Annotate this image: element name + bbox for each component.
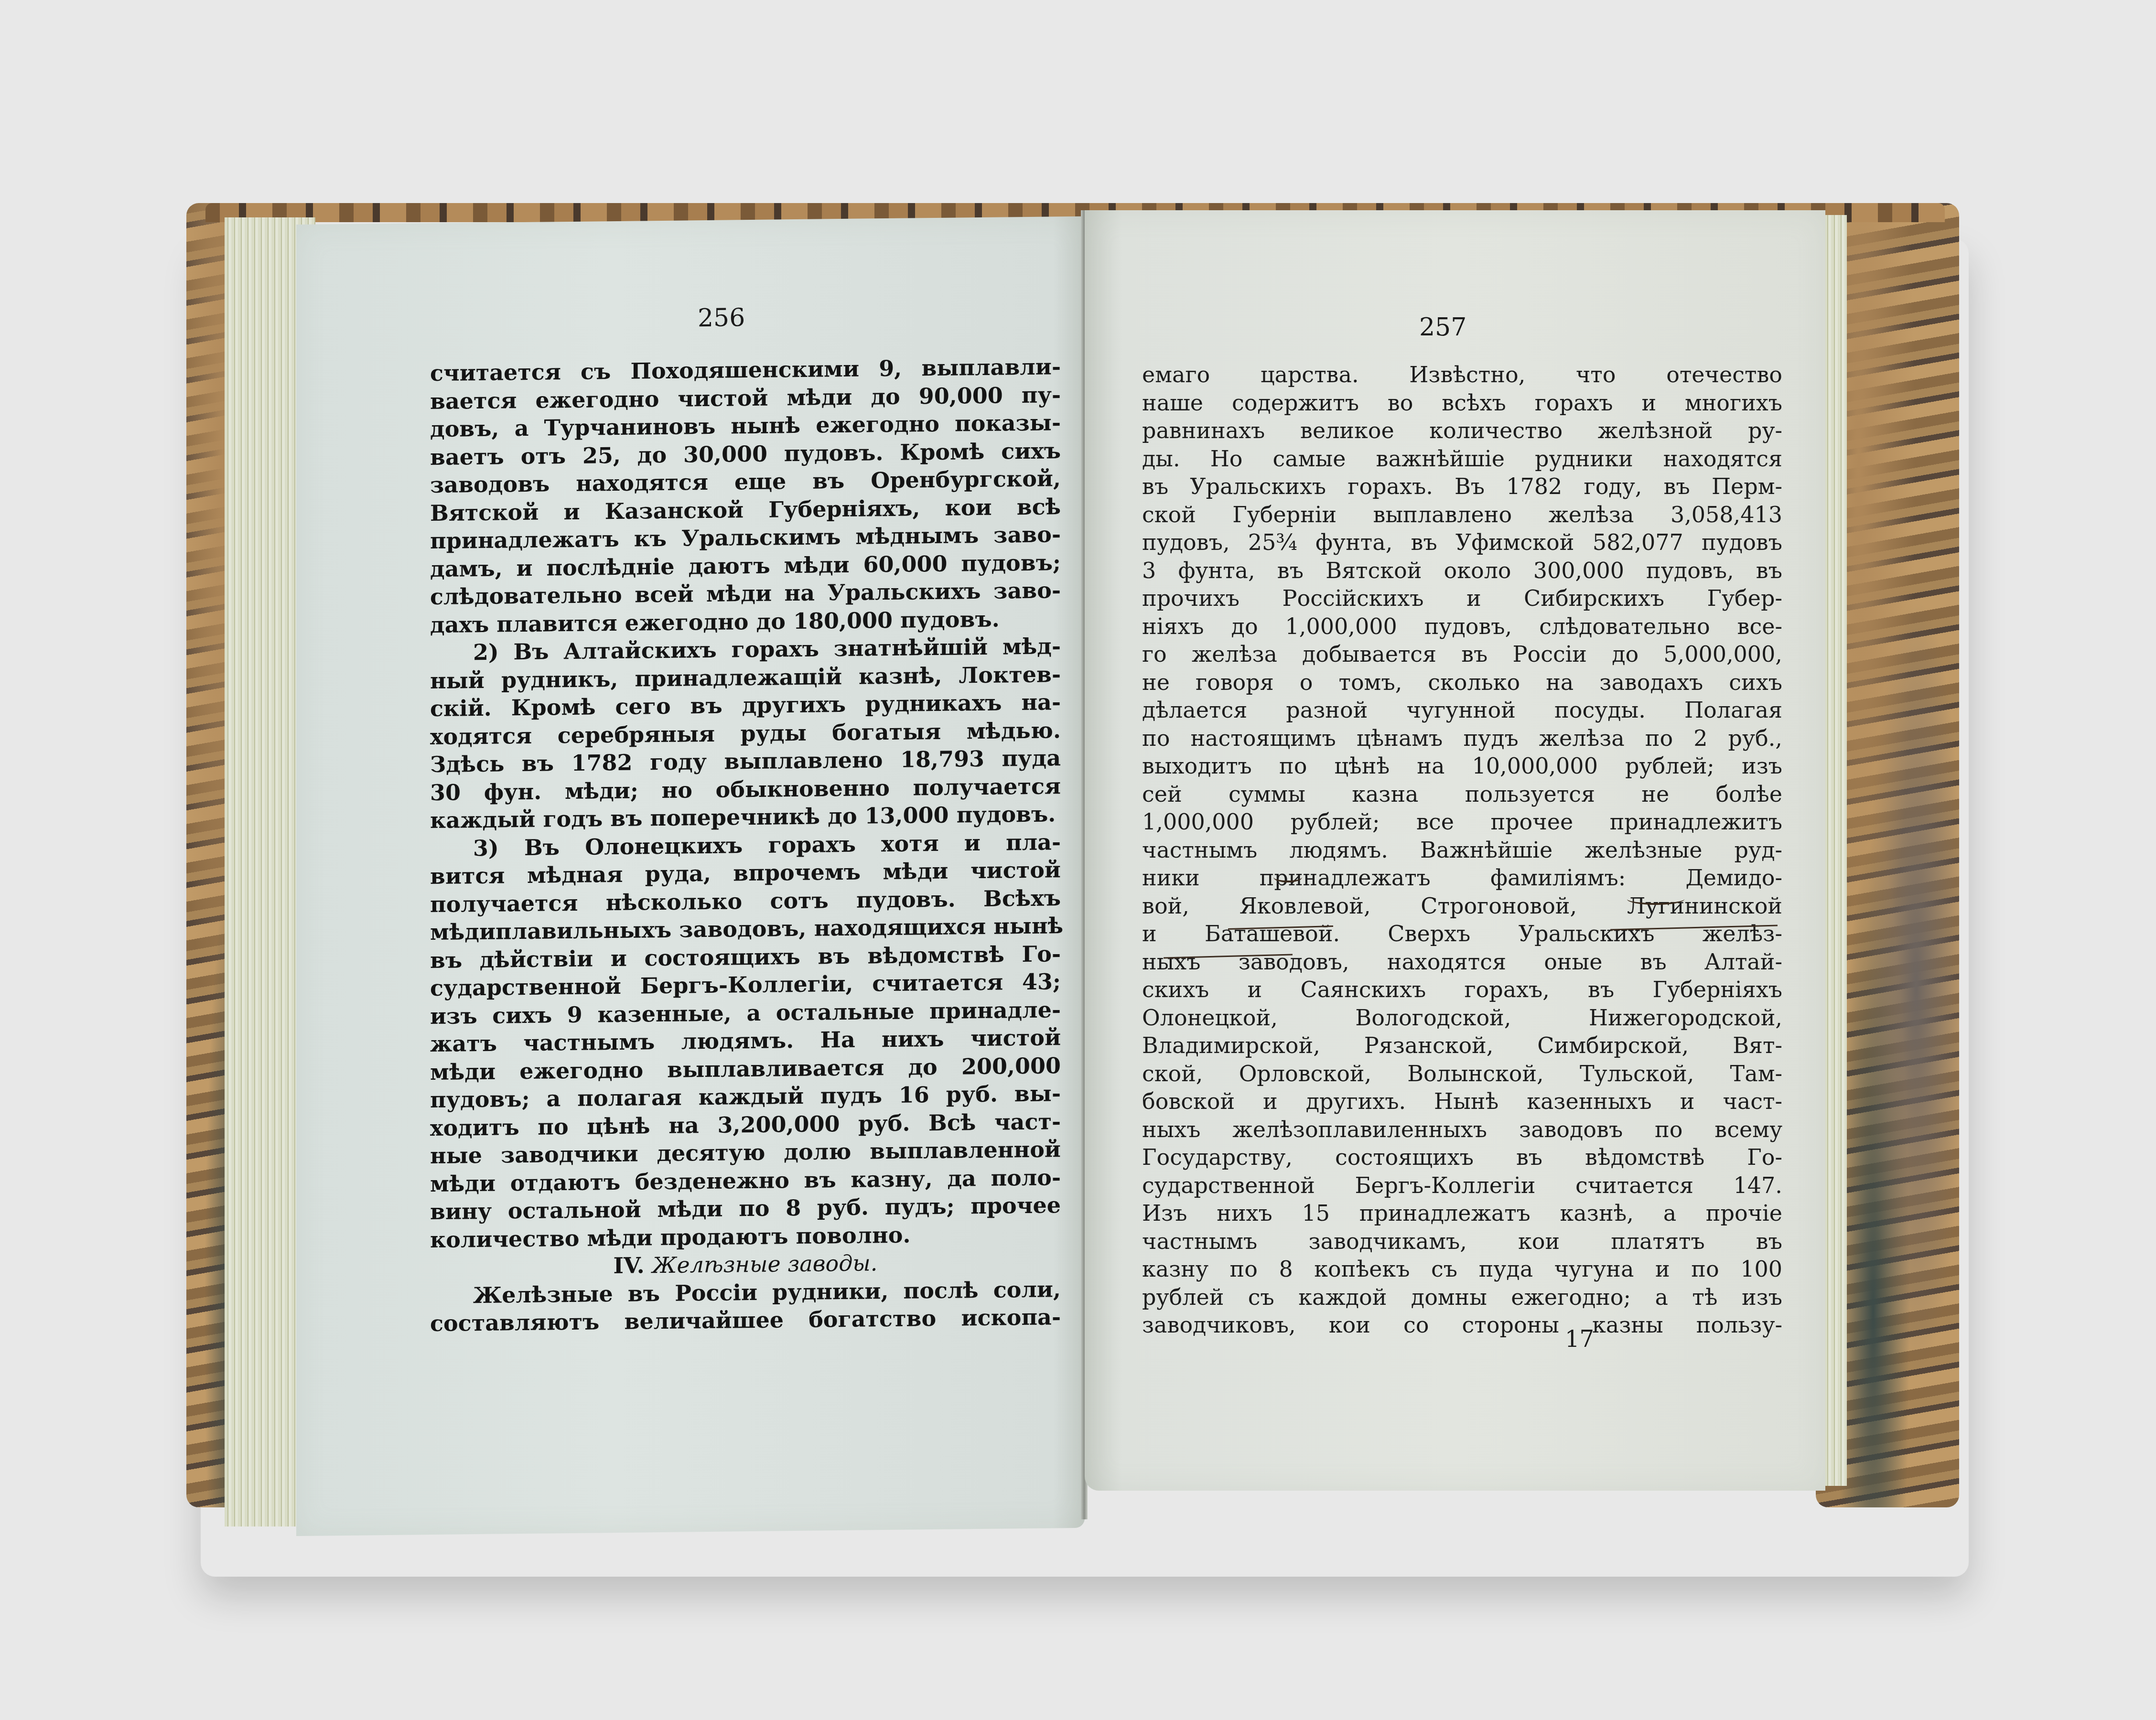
text-line: емаго царства. Извѣстно, что отечество <box>1142 361 1782 389</box>
text-line: составляютъ величайшее богатство ископа- <box>430 1303 1061 1337</box>
text-line: прочихъ Россійскихъ и Сибирскихъ Губер- <box>1142 584 1782 613</box>
text-line: и Баташевой. Сверхъ Уральскихъ желѣз- <box>1142 920 1782 948</box>
right-page: 257 емаго царства. Извѣстно, что отечест… <box>1085 210 1825 1491</box>
text-line: заводчиковъ, кои со стороны казны пользу… <box>1142 1311 1782 1339</box>
text-line: ныхъ заводовъ, находятся оные въ Алтай- <box>1142 948 1782 976</box>
text-line: выходитъ по цѣнѣ на 10,000,000 рублей; и… <box>1142 752 1782 780</box>
text-line: Изъ нихъ 15 принадлежатъ казнѣ, а прочіе <box>1142 1199 1782 1227</box>
text-line: частнымъ заводчикамъ, кои платятъ въ <box>1142 1227 1782 1256</box>
handwritten-underline <box>1273 872 1302 882</box>
text-line: вой, Яковлевой, Строгоновой, Лугининской <box>1142 892 1782 920</box>
text-line: Олонецкой, Вологодской, Нижегородской, <box>1142 1004 1782 1032</box>
text-line: 3 фунта, въ Вятской около 300,000 пудовъ… <box>1142 557 1782 585</box>
text-line: сей суммы казна пользуется не болѣе <box>1142 780 1782 808</box>
text-line: казну по 8 копѣекъ съ пуда чугуна и по 1… <box>1142 1255 1782 1283</box>
right-page-text: емаго царства. Извѣстно, что отечество н… <box>1142 361 1782 1339</box>
text-line: ской Губерніи выплавлено желѣза 3,058,41… <box>1142 501 1782 529</box>
text-line: въ Уральскихъ горахъ. Въ 1782 году, въ П… <box>1142 473 1782 501</box>
signature-mark: 17 <box>1565 1326 1594 1353</box>
text-line: частнымъ людямъ. Важнѣйшіе желѣзные руд- <box>1142 836 1782 864</box>
text-line: Государству, состоящихъ въ вѣдомствѣ Го- <box>1142 1143 1782 1172</box>
text-line: ныхъ желѣзоплавиленныхъ заводовъ по всем… <box>1142 1116 1782 1144</box>
section-numeral: IV. <box>614 1252 645 1279</box>
text-line: ніяхъ до 1,000,000 пудовъ, слѣдовательно… <box>1142 613 1782 641</box>
text-line: скихъ и Саянскихъ горахъ, въ Губерніяхъ <box>1142 976 1782 1004</box>
text-line: дѣлается разной чугунной посуды. Полагая <box>1142 696 1782 724</box>
text-line: ды. Но самые важнѣйшіе рудники находятся <box>1142 445 1782 473</box>
left-page: 256 считается съ Походяшенскими 9, выпла… <box>296 216 1085 1536</box>
left-page-text: считается съ Походяшенскими 9, выплавли-… <box>430 353 1061 1337</box>
text-line: 1,000,000 рублей; все прочее принадлежит… <box>1142 808 1782 836</box>
text-line: ской, Орловской, Волынской, Тульской, Та… <box>1142 1060 1782 1088</box>
text-line: равнинахъ великое количество желѣзной ру… <box>1142 417 1782 445</box>
text-line: сударственной Бергъ-Коллегіи считается 1… <box>1142 1172 1782 1200</box>
text-line: го желѣза добывается въ Россіи до 5,000,… <box>1142 640 1782 668</box>
text-line: пудовъ, 25¾ фунта, въ Уфимской 582,077 п… <box>1142 528 1782 557</box>
handwritten-underline <box>1627 893 1684 905</box>
text-line: наше содержитъ во всѣхъ горахъ и многихъ <box>1142 389 1782 417</box>
text-line: не говоря о томъ, сколько на заводахъ си… <box>1142 668 1782 697</box>
text-line: Владимирской, Рязанской, Симбирской, Вят… <box>1142 1032 1782 1060</box>
page-number-left: 256 <box>698 303 745 333</box>
text-line: рублей съ каждой домны ежегодно; а тѣ из… <box>1142 1283 1782 1311</box>
section-title: Желѣзные заводы. <box>652 1250 878 1278</box>
text-line: бовской и другихъ. Нынѣ казенныхъ и част… <box>1142 1087 1782 1116</box>
text-line: ники принадлежатъ фамиліямъ: Демидо- <box>1142 864 1782 892</box>
text-line: по настоящимъ цѣнамъ пудъ желѣза по 2 ру… <box>1142 724 1782 752</box>
page-number-right: 257 <box>1419 313 1466 342</box>
